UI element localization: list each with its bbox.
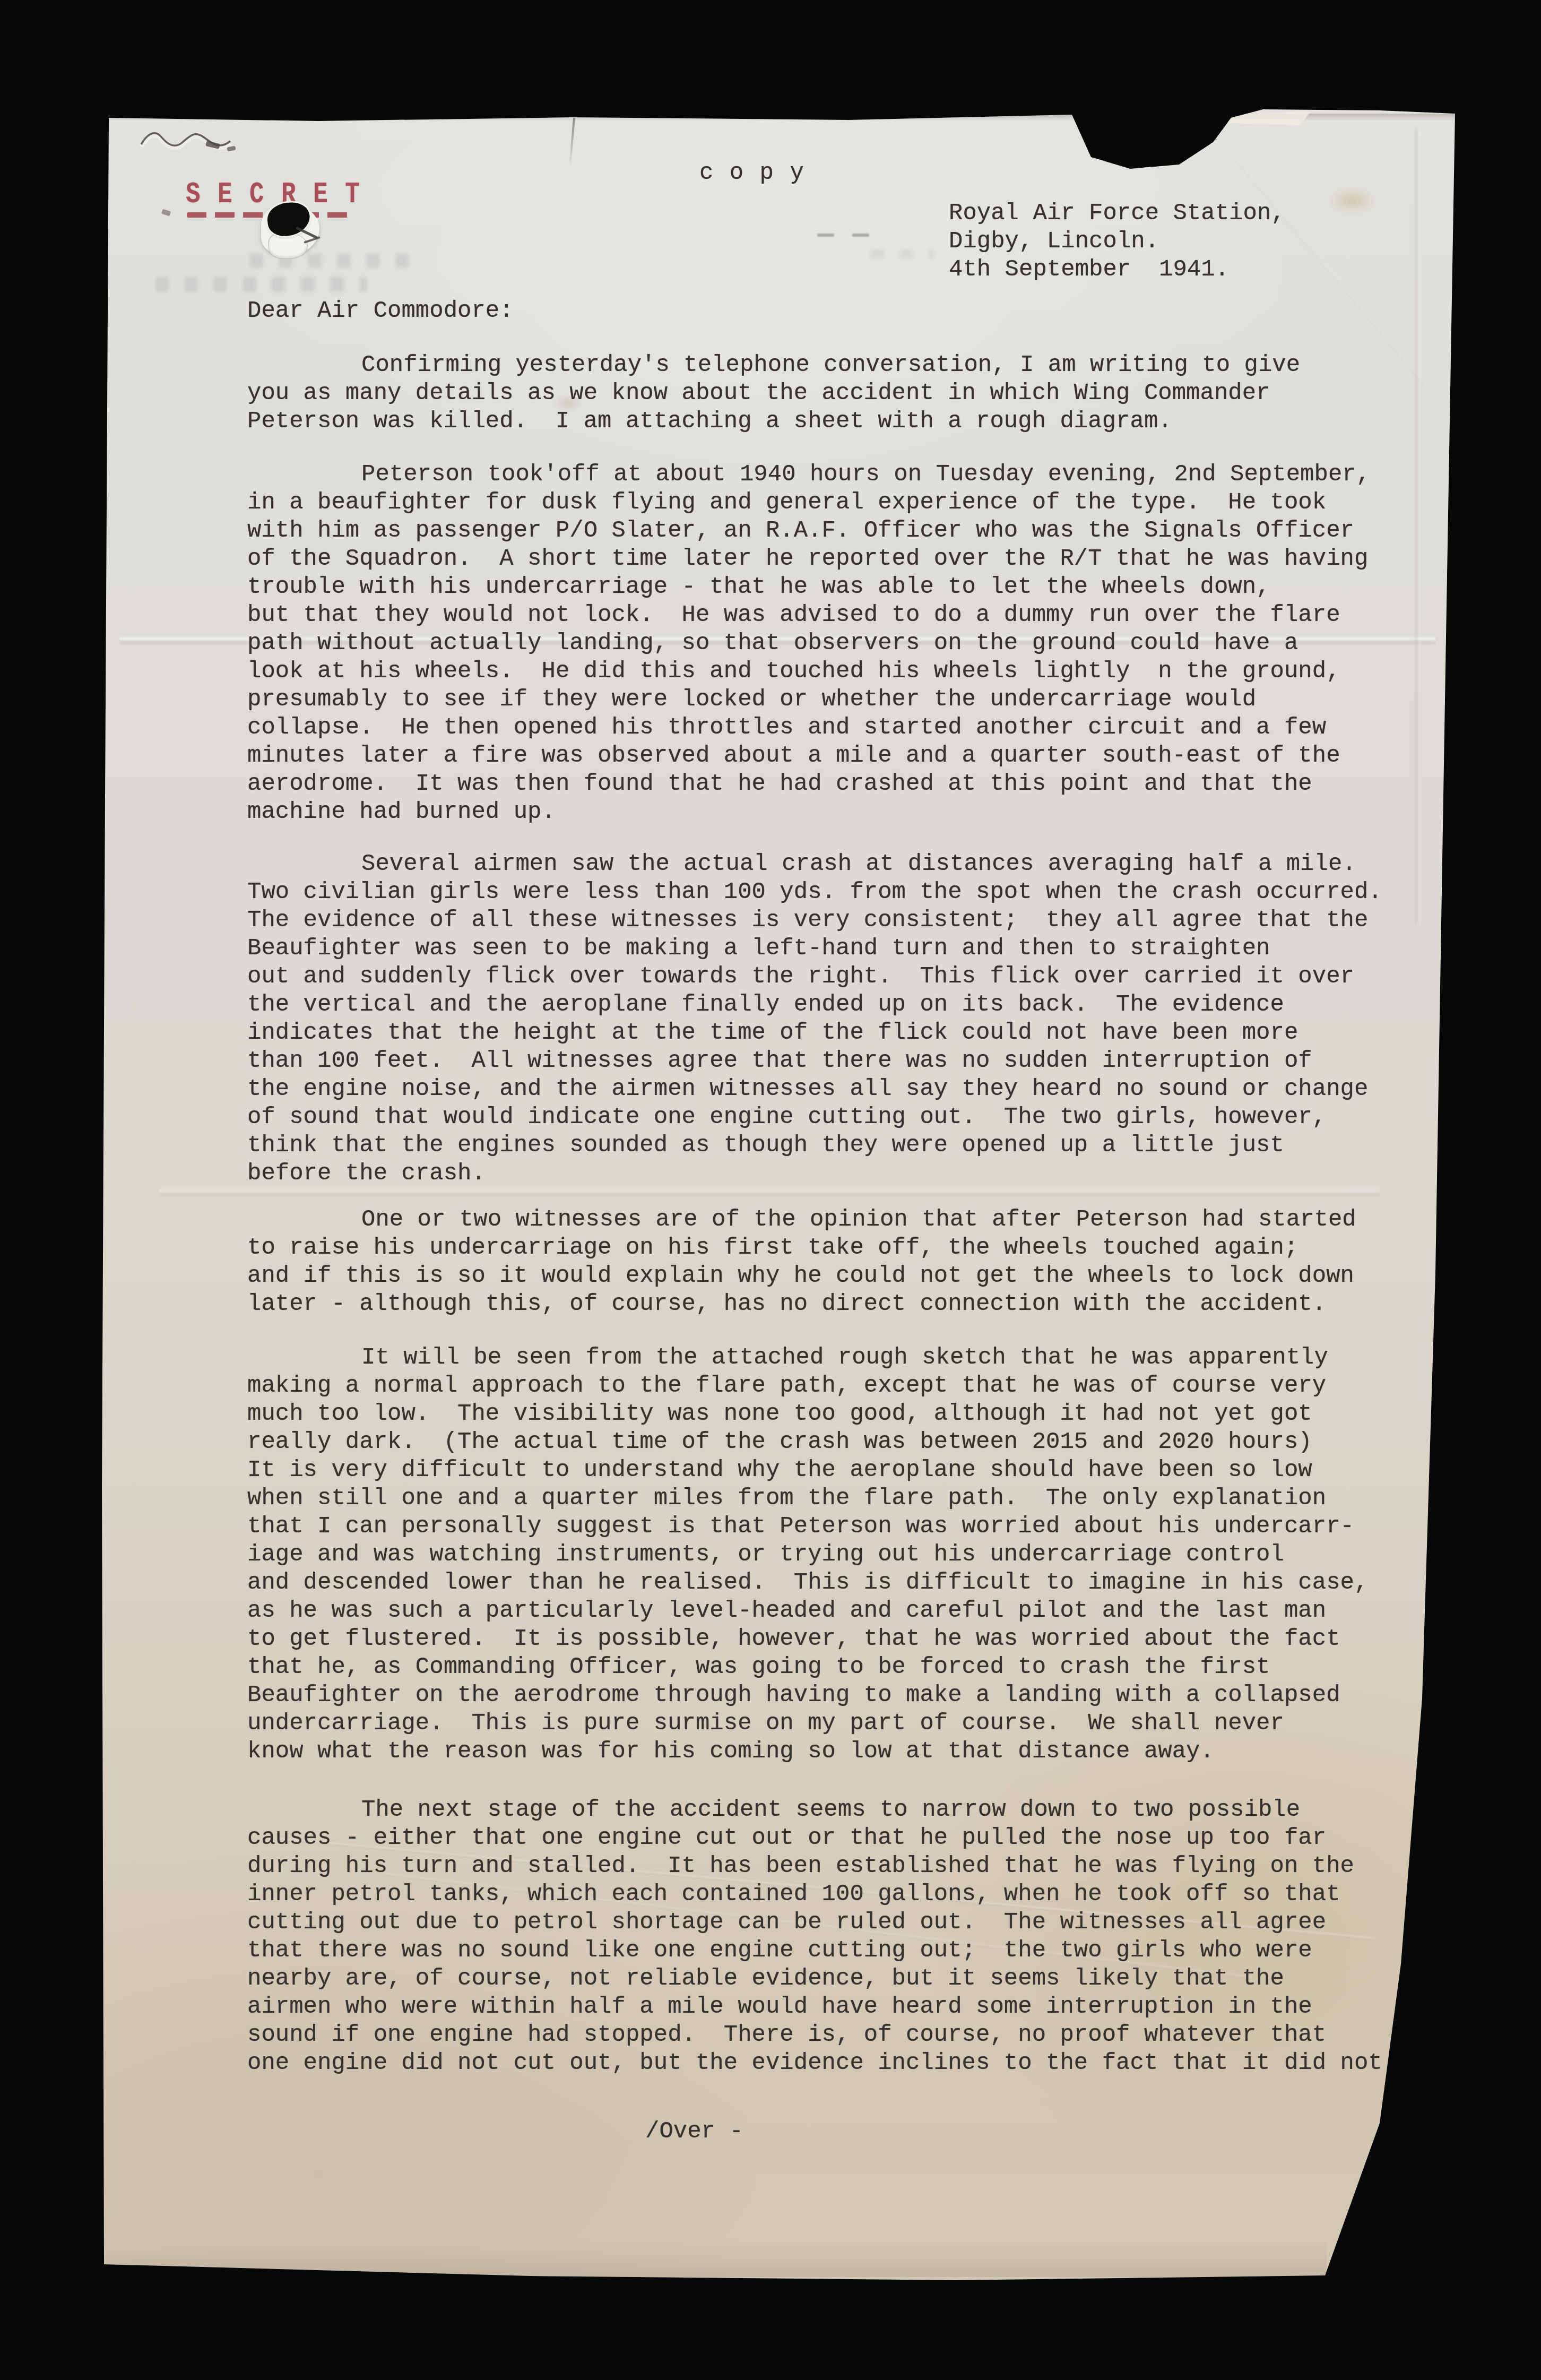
text-line: airmen who were within half a mile would… [247,1993,1425,2021]
text-line: aerodrome. It was then found that he had… [247,770,1425,798]
text-line: The evidence of all these witnesses is v… [247,907,1425,935]
text-line: making a normal approach to the flare pa… [247,1372,1425,1400]
text-line: the vertical and the aeroplane finally e… [247,991,1425,1019]
text-line: during his turn and stalled. It has been… [247,1852,1425,1881]
paragraph-2: Peterson took'off at about 1940 hours on… [247,461,1425,826]
text-line: out and suddenly flick over towards the … [247,963,1425,991]
text-line: It is very difficult to understand why t… [247,1456,1425,1485]
text-line: Two civilian girls were less than 100 yd… [247,878,1425,907]
fold-line [1092,139,1217,159]
text-line: Confirming yesterday's telephone convers… [247,351,1425,380]
salutation: Dear Air Commodore: [247,297,514,325]
over-note: /Over - [645,2118,743,2146]
paragraph-5: It will be seen from the attached rough … [247,1344,1425,1766]
text-line: nearby are, of course, not reliable evid… [247,1965,1425,1993]
paragraph-1: Confirming yesterday's telephone convers… [247,351,1425,436]
bleed-through-text [870,249,934,259]
text-line: of the Squadron. A short time later he r… [247,545,1425,573]
copy-label: c o p y [699,159,805,187]
stray-ink-mark [161,209,171,217]
pencil-dash-mark [817,234,834,237]
text-line: one engine did not cut out, but the evid… [247,2049,1425,2077]
text-line: machine had burned up. [247,798,1425,826]
text-line: One or two witnesses are of the opinion … [247,1206,1425,1234]
text-line: of sound that would indicate one engine … [247,1103,1425,1132]
text-line: that there was no sound like one engine … [247,1937,1425,1965]
text-line: know what the reason was for his coming … [247,1738,1425,1766]
text-line: inner petrol tanks, which each contained… [247,1881,1425,1909]
text-line: presumably to see if they were locked or… [247,686,1425,714]
text-line: path without actually landing, so that o… [247,630,1425,658]
secret-stamp-text: S E C R E T [186,177,361,211]
text-line: Peterson was killed. I am attaching a sh… [247,408,1425,436]
text-line: collapse. He then opened his throttles a… [247,714,1425,742]
text-line: Peterson took'off at about 1940 hours on… [247,461,1425,489]
text-line: that I can personally suggest is that Pe… [247,1513,1425,1541]
text-line: and descended lower than he realised. Th… [247,1569,1425,1597]
text-line: later - although this, of course, has no… [247,1290,1425,1318]
edge-crack [569,118,575,167]
text-line: Several airmen saw the actual crash at d… [247,850,1425,878]
text-line: to raise his undercarriage on his first … [247,1234,1425,1262]
text-line: to get flustered. It is possible, howeve… [247,1625,1425,1653]
paragraph-3: Several airmen saw the actual crash at d… [247,850,1425,1188]
scanned-letter-photo: c o p y S E C R E T Royal Air Force Stat… [0,0,1541,2380]
text-line: you as many details as we know about the… [247,380,1425,408]
pencil-dash-mark [852,234,869,237]
text-line: with him as passenger P/O Slater, an R.A… [247,517,1425,545]
text-line: really dark. (The actual time of the cra… [247,1428,1425,1456]
text-line: It will be seen from the attached rough … [247,1344,1425,1372]
torn-paper-flap [269,232,308,259]
letter-page: c o p y S E C R E T Royal Air Force Stat… [0,0,1541,2380]
text-line: minutes later a fire was observed about … [247,742,1425,770]
text-line: in a beaufighter for dusk flying and gen… [247,489,1425,517]
horizontal-fold-crease [159,1187,1380,1197]
text-line: think that the engines sounded as though… [247,1132,1425,1160]
text-line: Digby, Lincoln. [949,228,1285,256]
text-line: look at his wheels. He did this and touc… [247,658,1425,686]
text-line: when still one and a quarter miles from … [247,1485,1425,1513]
paper-bottom-edge-shadow [104,2240,1327,2277]
text-line: trouble with his undercarriage - that he… [247,573,1425,601]
folded-corner-flap [1086,139,1218,171]
bleed-through-text [155,277,367,292]
text-line: as he was such a particularly level-head… [247,1597,1425,1625]
stain-mark [1328,187,1376,214]
text-line: and if this is so it would explain why h… [247,1262,1425,1290]
paragraph-6: The next stage of the accident seems to … [247,1796,1425,2077]
text-line: causes - either that one engine cut out … [247,1824,1425,1852]
text-line: indicates that the height at the time of… [247,1019,1425,1047]
folded-corner-flap [1220,111,1312,127]
text-line: 4th September 1941. [949,256,1285,284]
address-block: Royal Air Force Station,Digby, Lincoln.4… [949,200,1285,284]
text-line: Beaufighter was seen to be making a left… [247,935,1425,963]
text-line: The next stage of the accident seems to … [247,1796,1425,1824]
text-line: cutting out due to petrol shortage can b… [247,1909,1425,1937]
text-line: but that they would not lock. He was adv… [247,601,1425,630]
text-line: that he, as Commanding Officer, was goin… [247,1653,1425,1681]
text-line: iage and was watching instruments, or tr… [247,1541,1425,1569]
text-line: Beaufighter on the aerodrome through hav… [247,1681,1425,1710]
text-line: sound if one engine had stopped. There i… [247,2021,1425,2049]
paragraph-4: One or two witnesses are of the opinion … [247,1206,1425,1318]
text-line: before the crash. [247,1160,1425,1188]
tear-squiggle-icon [139,128,240,162]
text-line: the engine noise, and the airmen witness… [247,1075,1425,1103]
text-line: undercarriage. This is pure surmise on m… [247,1710,1425,1738]
text-line: Royal Air Force Station, [949,200,1285,228]
text-line: than 100 feet. All witnesses agree that … [247,1047,1425,1075]
text-line: much too low. The visibility was none to… [247,1400,1425,1428]
